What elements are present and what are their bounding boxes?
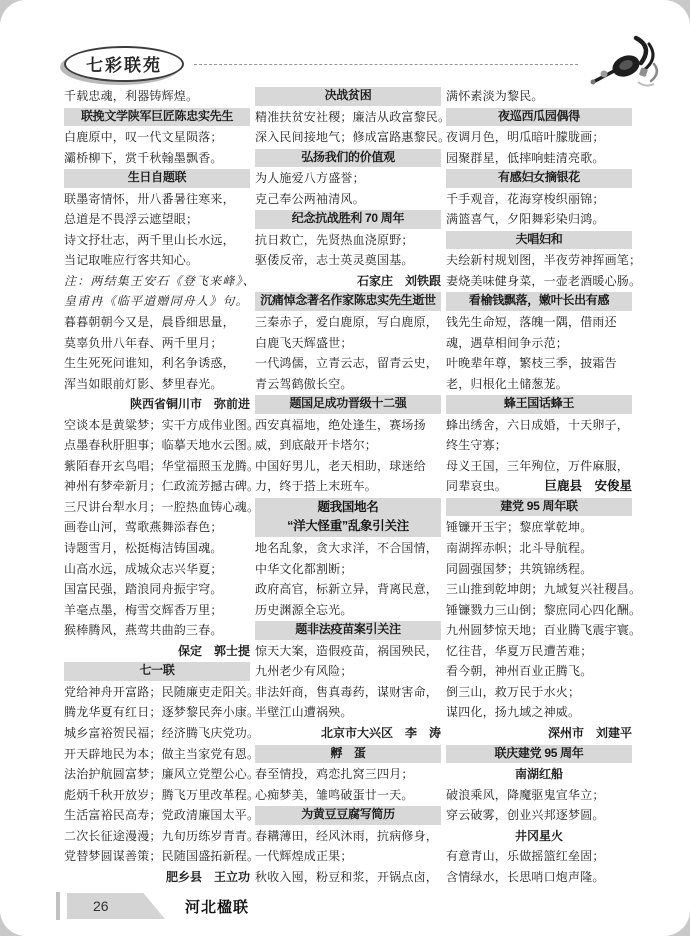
- author-byline: 石家庄 刘铁跟: [255, 271, 441, 292]
- couplet-line: 白鹿原中，叹一代文星陨落；: [64, 127, 250, 148]
- couplet-line: 九州圆梦惊天地；百业腾飞震宇寰。: [446, 620, 632, 641]
- couplet-line: 国富民强，踏浪同舟振宇穹。: [64, 579, 250, 600]
- couplet-line: 惊天大案，造假疫苗，祸国殃民，: [255, 641, 441, 662]
- couplet-line: 倒三山，救万民于水火；: [446, 682, 632, 703]
- section-header: 生日自题联: [64, 168, 250, 189]
- section-header: 为黄豆豆腐写简历: [255, 805, 441, 826]
- couplet-line: 腾龙华夏有红日；逐梦黎民奔小康。: [64, 702, 250, 723]
- couplet-line: 莫辜负卅八年春、两千里月；: [64, 333, 250, 354]
- author-byline: 保定 郭士提: [64, 641, 250, 662]
- masthead: 七彩联苑: [64, 40, 660, 88]
- couplet-line: 夜调月色，明瓜暗叶朦胧画；: [446, 127, 632, 148]
- author-byline: 深州市 刘建平: [446, 723, 632, 744]
- text-columns: 千载忠魂，利器铸辉煌。联挽文学陕军巨匠陈忠实先生白鹿原中，叹一代文星陨落；灞桥柳…: [64, 86, 632, 887]
- couplet-line: 威，到底敲开卡塔尔；: [255, 435, 441, 456]
- couplet-line: 猴棒腾风，燕莺共曲韵三春。: [64, 620, 250, 641]
- couplet-line: 中国好男儿，老天相助，球迷给: [255, 456, 441, 477]
- couplet-line: 老，归根化土储葱茏。: [446, 374, 632, 395]
- couplet-line: 同圆强国梦；共筑锦绣程。: [446, 559, 632, 580]
- couplet-line: 千载忠魂，利器铸辉煌。: [64, 86, 250, 107]
- couplet-line: 九州老少有风险；: [255, 661, 441, 682]
- couplet-line: 总道是不畏浮云遮望眼；: [64, 209, 250, 230]
- couplet-line: 终生守寡；: [446, 435, 632, 456]
- sub-section-title: 南湖红船: [446, 764, 632, 785]
- column-2: 决战贫困精准扶贫安社稷；廉洁从政富黎民。深入民间接地气；修成富路惠黎民。弘扬我们…: [255, 86, 441, 887]
- couplet-line: 穿云破雾，创业兴邦逐梦圆。: [446, 805, 632, 826]
- couplet-line: 精准扶贫安社稷；廉洁从政富黎民。: [255, 107, 441, 128]
- page-number: 26: [67, 893, 165, 919]
- couplet-line: 点墨春秋肝胆事；临摹天地水云图。: [64, 435, 250, 456]
- journal-page: 七彩联苑 千载忠魂，利器铸辉煌。联挽文学陕军巨匠陈忠实先生白鹿原中，叹一代文星陨…: [0, 0, 690, 936]
- couplet-line: 深入民间接地气；修成富路惠黎民。: [255, 127, 441, 148]
- couplet-line: 紫陌春开玄鸟唱；华堂福照玉龙腾。: [64, 456, 250, 477]
- couplet-line: 暮暮朝朝今又是，晨昏细思量，: [64, 312, 250, 333]
- couplet-line: 非法奸商，售真毒药，谋财害命，: [255, 682, 441, 703]
- couplet-line: 生生死死问谁知，利名争诱惑，: [64, 353, 250, 374]
- couplet-line: 魂，遇草相间争示范；: [446, 333, 632, 354]
- section-header: 题非法疫苗案引关注: [255, 620, 441, 641]
- couplet-line: 克己奉公两袖清风。: [255, 189, 441, 210]
- couplet-line: 看今朝，神州百业正腾飞。: [446, 661, 632, 682]
- couplet-line: 秋收入囤，粉豆和浆，开锅点卤，: [255, 867, 441, 888]
- couplet-line: 蜂出绣舍，六日成婚，十天卵子，: [446, 415, 632, 436]
- couplet-line: 青云驾鹤傲长空。: [255, 374, 441, 395]
- couplet-line: 党给神舟开富路；民随廉吏走阳关。: [64, 682, 250, 703]
- couplet-line: 三尺讲台犁水月；一腔热血铸心魂。: [64, 497, 250, 518]
- section-header: 沉痛悼念著名作家陈忠实先生逝世: [255, 291, 441, 312]
- couplet-line: 妻烧美味健身菜，一壶老酒暖心肠。: [446, 271, 632, 292]
- couplet-line: 含情绿水，长思哨口炮声隆。: [446, 867, 632, 888]
- section-header: 建党 95 周年联: [446, 497, 632, 518]
- section-header: 蜂王国话蜂王: [446, 394, 632, 415]
- couplet-line: 西安真福地，绝处逢生，赛场扬: [255, 415, 441, 436]
- couplet-line: 党替梦圆谋善策；民随国盛拓新程。: [64, 846, 250, 867]
- section-header: 纪念抗战胜利 70 周年: [255, 209, 441, 230]
- couplet-line: 满篮喜气，夕阳舞彩染归鸿。: [446, 209, 632, 230]
- author-byline: 肥乡县 王立功: [64, 867, 250, 888]
- couplet-line: 破浪乘风，降魔驱鬼宣华立；: [446, 785, 632, 806]
- couplet-line: 半壁江山遭祸殃。: [255, 702, 441, 723]
- couplet-line-with-author: 同辈哀虫。巨鹿县 安俊星: [446, 476, 632, 497]
- couplet-line: 神州有梦牵新月；仁政流芳撼古碑。: [64, 476, 250, 497]
- section-header: 联庆建党 95 周年: [446, 744, 632, 765]
- journal-title: 河北楹联: [185, 896, 249, 917]
- section-header: 夜巡西瓜园偶得: [446, 107, 632, 128]
- couplet-line: 春至情投，鸡恋扎窝三四月；: [255, 764, 441, 785]
- couplet-line: 生活富裕民高寿；党政清廉国太平。: [64, 805, 250, 826]
- note-line: 皇甫冉《临平道赠同舟人》句。: [64, 291, 250, 312]
- couplet-line: 抗日救亡，先贤热血浇原野；: [255, 230, 441, 251]
- couplet-line: 浑当如眼前灯影、梦里春光。: [64, 374, 250, 395]
- couplet-line: 春耩薄田，经风沐雨，抗病修身，: [255, 826, 441, 847]
- section-header: 决战贫困: [255, 86, 441, 107]
- couplet-line: 力，终于搭上末班车。: [255, 476, 441, 497]
- couplet-line: 法治护航圆富梦；廉风立党塑公心。: [64, 764, 250, 785]
- dashed-rule: [194, 64, 578, 65]
- section-header: 题我国地名“洋大怪重”乱象引关注: [255, 497, 441, 538]
- couplet-line: 中华文化都割断；: [255, 559, 441, 580]
- couplet-line: 三山推到乾坤朗；九域复兴社稷昌。: [446, 579, 632, 600]
- couplet-line: 一代辉煌成正果；: [255, 846, 441, 867]
- couplet-line: 二次长征途漫漫；九旬历练岁青青。: [64, 826, 250, 847]
- section-header: 夫唱妇和: [446, 230, 632, 251]
- couplet-line: 为人施爱八方盛誉；: [255, 168, 441, 189]
- couplet-line: 叶晚辈年尊，繁枝三季，披霜告: [446, 353, 632, 374]
- couplet-line: 锤镰戮力三山倒；黎庶同心四化酬。: [446, 600, 632, 621]
- couplet-line: 灞桥柳下，赏千秋翰墨飘香。: [64, 148, 250, 169]
- section-header: 联挽文学陕军巨匠陈忠实先生: [64, 107, 250, 128]
- section-header: 孵 蛋: [255, 744, 441, 765]
- couplet-line: 诗题雪月，松挺梅洁铸国魂。: [64, 538, 250, 559]
- couplet-line: 忆往昔，华夏万民遭苦难；: [446, 641, 632, 662]
- couplet-line: 空谈本是黄粱梦；实干方成伟业图。: [64, 415, 250, 436]
- couplet-line: 画卷山河，莺歌燕舞添春色；: [64, 517, 250, 538]
- couplet-line: 母义王国，三年殉位，万件麻服，: [446, 456, 632, 477]
- couplet-line: 驱倭反帝，志士英灵奠国基。: [255, 250, 441, 271]
- couplet-line: 地名乱象，贪大求洋，不合国情，: [255, 538, 441, 559]
- author-byline: 北京市大兴区 李 涛: [255, 723, 441, 744]
- couplet-line: 联墨寄情怀，卅八番暑往寒来，: [64, 189, 250, 210]
- section-header: 弘扬我们的价值观: [255, 148, 441, 169]
- couplet-line: 城乡富裕贺民福；经济腾飞庆党功。: [64, 723, 250, 744]
- couplet-line: 有意青山，乐做摇篮红垒固；: [446, 846, 632, 867]
- column-3: 满怀素淡为黎民。夜巡西瓜园偶得夜调月色，明瓜暗叶朦胧画；园聚群星，低摔响蛙清亮歌…: [446, 86, 632, 887]
- author-byline: 陕西省铜川市 弥前进: [64, 394, 250, 415]
- couplet-line: 园聚群星，低摔响蛙清亮歌。: [446, 148, 632, 169]
- couplet-line: 满怀素淡为黎民。: [446, 86, 632, 107]
- sub-section-title: 井冈星火: [446, 826, 632, 847]
- column-title-badge: 七彩联苑: [64, 46, 184, 82]
- couplet-line: 钱先生命短，落魄一隅，借雨还: [446, 312, 632, 333]
- couplet-line: 三秦赤子，爱白鹿原，写白鹿原，: [255, 312, 441, 333]
- footer-accent-bar: [56, 892, 60, 920]
- couplet-line: 开天辟地民为本；做主当家党有恩。: [64, 744, 250, 765]
- section-header: 题国足成功晋级十二强: [255, 394, 441, 415]
- couplet-line: 历史渊源全忘光。: [255, 600, 441, 621]
- couplet-line: 当记取唯应行客共知心。: [64, 250, 250, 271]
- couplet-line: 心痴梦美，雏鸣破蛋廿一天。: [255, 785, 441, 806]
- couplet-line: 谋四化，扬九域之神威。: [446, 702, 632, 723]
- section-header: 看榆钱飘落，嫩叶长出有感: [446, 291, 632, 312]
- note-line: 注：两结集王安石《登飞来峰》、: [64, 271, 250, 292]
- couplet-line: 诗文抒壮志，两千里山长水远，: [64, 230, 250, 251]
- couplet-line: 政府高官，标新立异，背离民意，: [255, 579, 441, 600]
- couplet-line: 夫绘新村规划图，半夜劳神挥画笔；: [446, 250, 632, 271]
- page-footer: 26 河北楹联: [56, 892, 249, 920]
- section-header: 七一联: [64, 661, 250, 682]
- couplet-line: 羊毫点墨，梅雪交辉香万里；: [64, 600, 250, 621]
- column-1: 千载忠魂，利器铸辉煌。联挽文学陕军巨匠陈忠实先生白鹿原中，叹一代文星陨落；灞桥柳…: [64, 86, 250, 887]
- couplet-line: 白鹿飞天辉盛世；: [255, 333, 441, 354]
- couplet-line: 南湖挥赤帜；北斗导航程。: [446, 538, 632, 559]
- section-header: 有感妇女摘银花: [446, 168, 632, 189]
- couplet-line: 锤镰开玉宇；黎庶掌乾坤。: [446, 517, 632, 538]
- couplet-line: 山高水远，成城众志兴华夏；: [64, 559, 250, 580]
- couplet-line: 千手观音，花海穿梭织丽锦；: [446, 189, 632, 210]
- couplet-line: 一代鸿儒，立青云志，留青云史，: [255, 353, 441, 374]
- couplet-line: 彪炳千秋开放岁；腾飞万里改革程。: [64, 785, 250, 806]
